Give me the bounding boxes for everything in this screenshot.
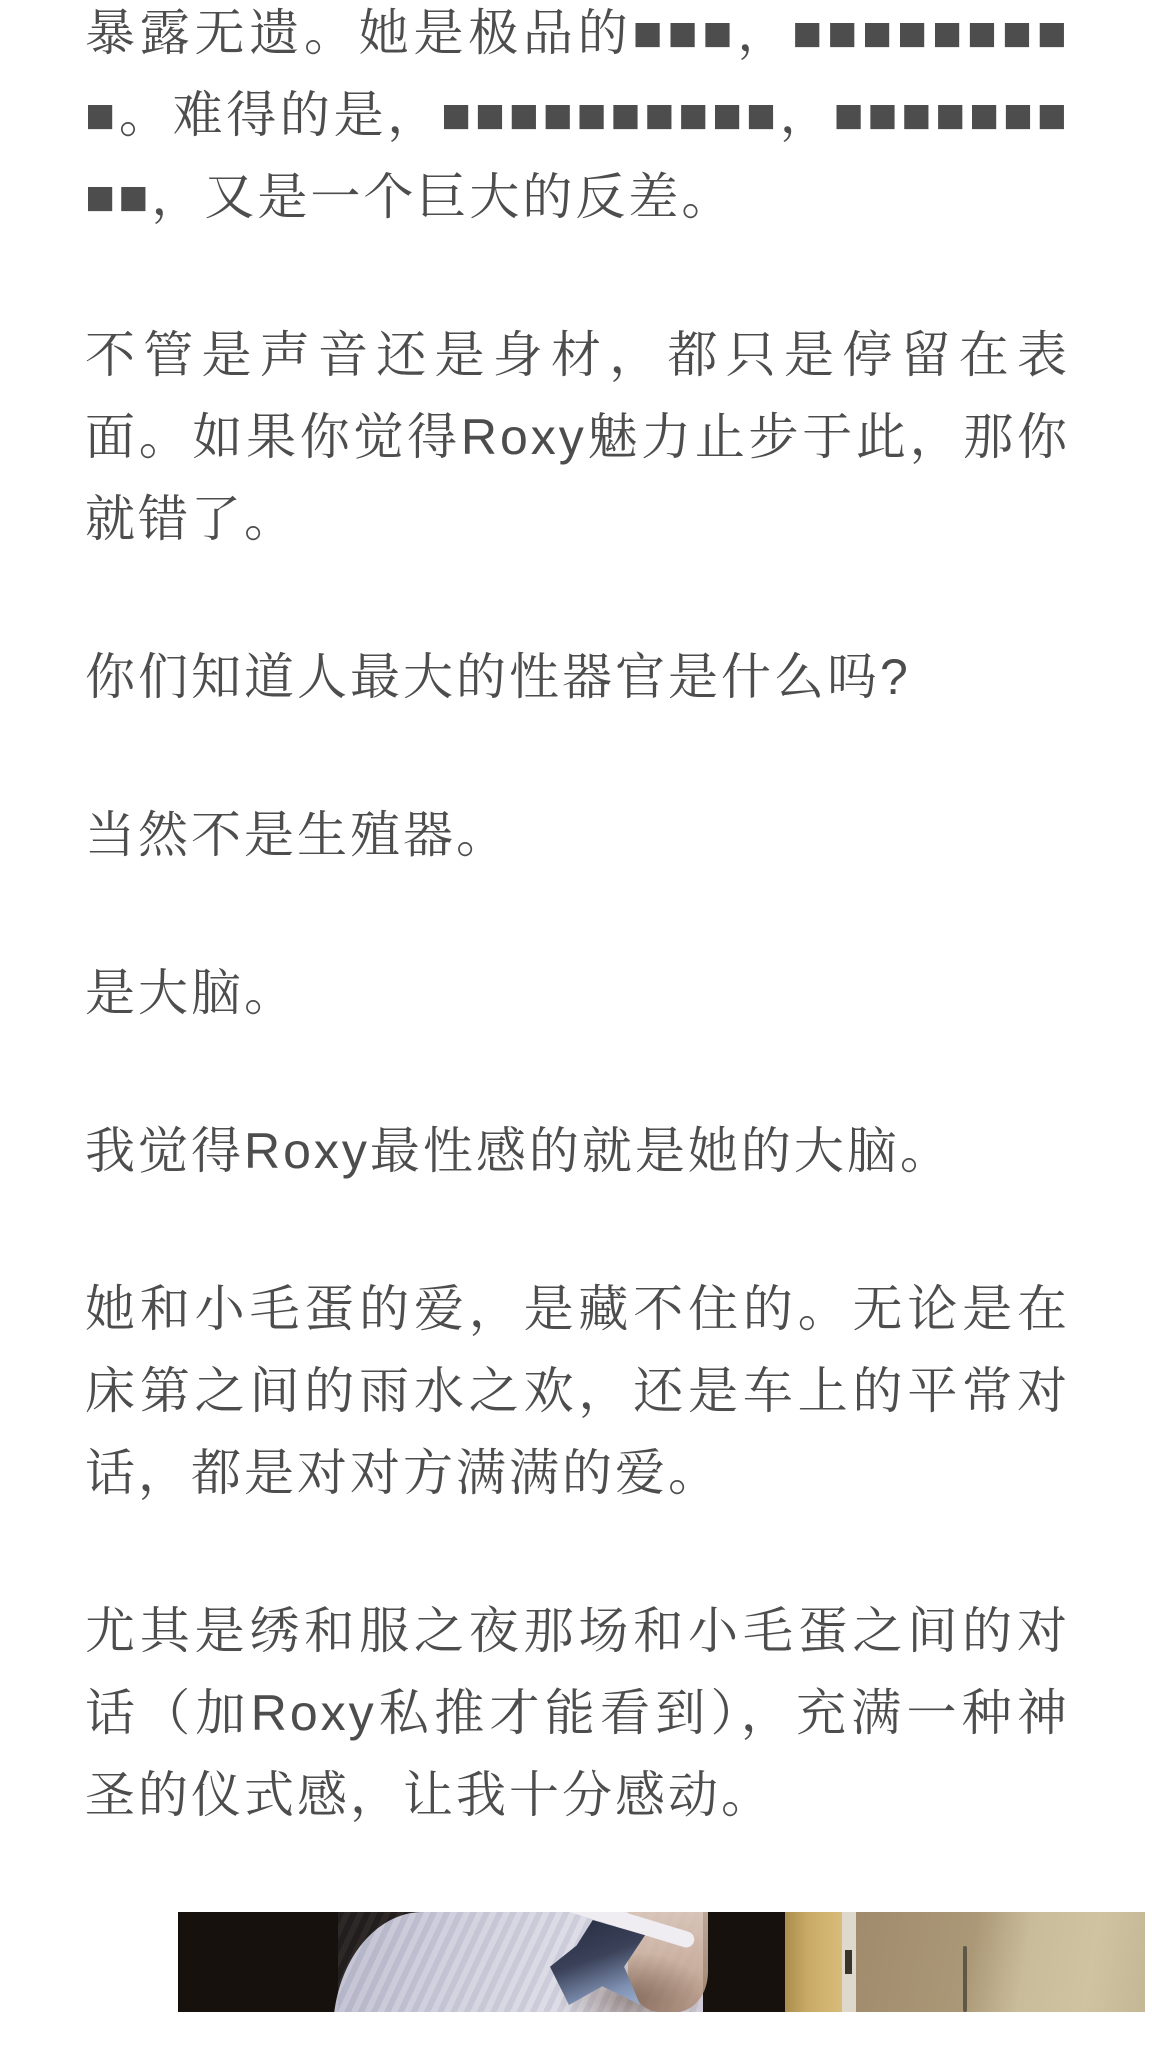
paragraph: 暴露无遗。她是极品的■■■，■■■■■■■■■。难得的是，■■■■■■■■■■，… [85, 0, 1070, 238]
photo-door-handle-line [963, 1946, 967, 2012]
paragraph: 她和小毛蛋的爱，是藏不住的。无论是在床第之间的雨水之欢，还是车上的平常对话，都是… [85, 1268, 1070, 1514]
article-body: 暴露无遗。她是极品的■■■，■■■■■■■■■。难得的是，■■■■■■■■■■，… [0, 0, 1152, 2012]
paragraph: 当然不是生殖器。 [85, 794, 1070, 876]
photo-lit-wall-strip [785, 1912, 842, 2012]
paragraph: 你们知道人最大的性器官是什么吗? [85, 636, 1070, 718]
paragraph: 尤其是绣和服之夜那场和小毛蛋之间的对话（加Roxy私推才能看到），充满一种神圣的… [85, 1590, 1070, 1836]
photo-door-latch-slot [845, 1950, 852, 1974]
paragraph: 是大脑。 [85, 952, 1070, 1034]
paragraph: 不管是声音还是身材，都只是停留在表面。如果你觉得Roxy魅力止步于此，那你就错了… [85, 314, 1070, 560]
paragraph: 我觉得Roxy最性感的就是她的大脑。 [85, 1110, 1070, 1192]
photo-door-panel [856, 1912, 1145, 2012]
article-photo [178, 1912, 1145, 2012]
